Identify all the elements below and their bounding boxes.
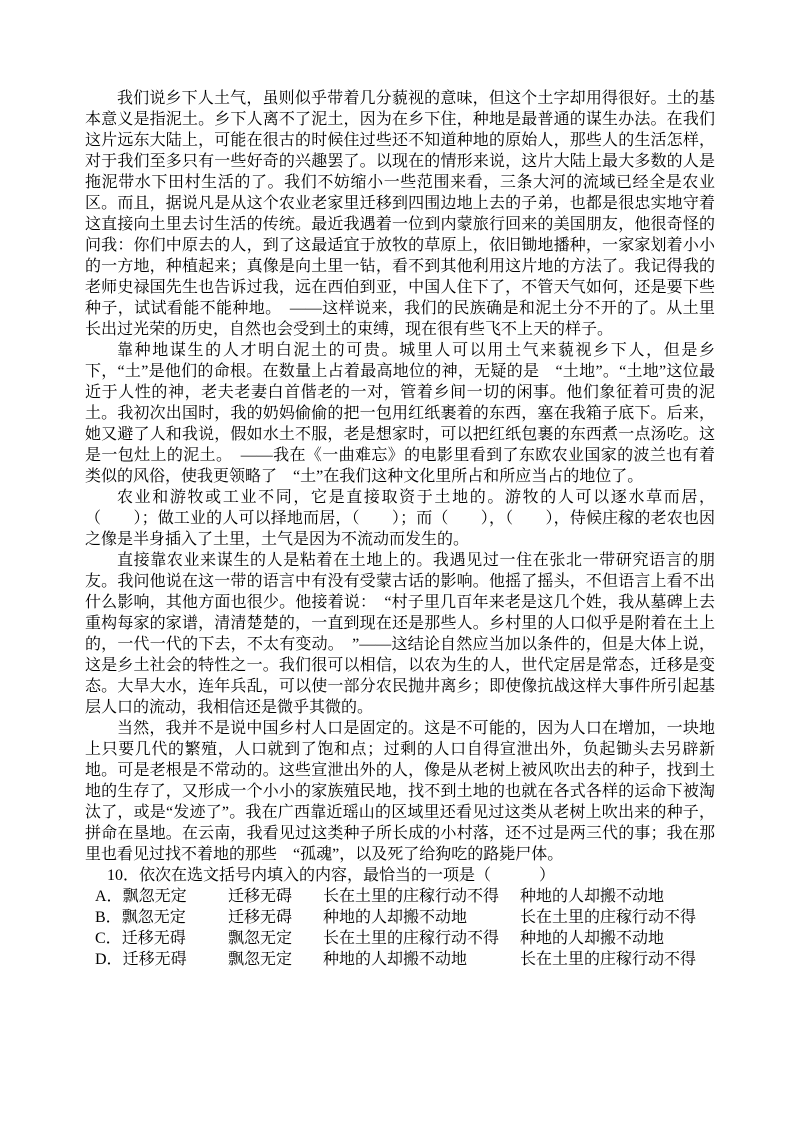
option-a-phrase-1: 飘忽无定 [123, 888, 187, 905]
option-d-phrase-2: 飘忽无定 [228, 949, 323, 970]
option-c-phrase-2: 飘忽无定 [228, 928, 323, 949]
paragraph-4: 直接靠农业来谋生的人是粘着在土地上的。我遇见过一住在张北一带研究语言的朋友。我问… [85, 550, 715, 718]
option-d-phrase-1: 迁移无碍 [123, 951, 187, 968]
option-b-phrase-3: 种地的人却搬不动地 [323, 907, 520, 928]
options-list: A．飘忽无定 迁移无碍 长在土里的庄稼行动不得 种地的人却搬不动地 B．飘忽无定… [95, 886, 715, 970]
option-d-phrase-4: 长在土里的庄稼行动不得 [520, 949, 715, 970]
option-d-col1: D．迁移无碍 [95, 949, 228, 970]
option-b-label: B． [95, 909, 122, 926]
option-row-c: C．迁移无碍 飘忽无定 长在土里的庄稼行动不得 种地的人却搬不动地 [95, 928, 715, 949]
option-b-phrase-2: 迁移无碍 [228, 907, 323, 928]
option-c-phrase-4: 种地的人却搬不动地 [520, 928, 715, 949]
option-row-d: D．迁移无碍 飘忽无定 种地的人却搬不动地 长在土里的庄稼行动不得 [95, 949, 715, 970]
option-c-phrase-3: 长在土里的庄稼行动不得 [323, 928, 520, 949]
option-b-phrase-4: 长在土里的庄稼行动不得 [520, 907, 715, 928]
option-a-phrase-2: 迁移无碍 [228, 886, 323, 907]
option-row-b: B．飘忽无定 迁移无碍 种地的人却搬不动地 长在土里的庄稼行动不得 [95, 907, 715, 928]
question-line: 10．依次在选文括号内填入的内容，最恰当的一项是（ ） [85, 865, 715, 886]
option-a-phrase-3: 长在土里的庄稼行动不得 [323, 886, 520, 907]
question-number: 10． [107, 867, 139, 884]
option-row-a: A．飘忽无定 迁移无碍 长在土里的庄稼行动不得 种地的人却搬不动地 [95, 886, 715, 907]
option-d-phrase-3: 种地的人却搬不动地 [323, 949, 520, 970]
option-a-phrase-4: 种地的人却搬不动地 [520, 886, 715, 907]
option-c-phrase-1: 迁移无碍 [122, 930, 186, 947]
paragraph-1: 我们说乡下人土气，虽则似乎带着几分藐视的意味，但这个土字却用得很好。土的基本意义… [85, 88, 715, 340]
option-d-label: D． [95, 951, 123, 968]
option-c-label: C． [95, 930, 122, 947]
question-text: 依次在选文括号内填入的内容，最恰当的一项是（ ） [139, 867, 555, 884]
option-b-col1: B．飘忽无定 [95, 907, 228, 928]
paragraph-5: 当然，我并不是说中国乡村人口是固定的。这是不可能的，因为人口在增加，一块地上只要… [85, 718, 715, 865]
option-a-col1: A．飘忽无定 [95, 886, 228, 907]
option-c-col1: C．迁移无碍 [95, 928, 228, 949]
passage: 我们说乡下人土气，虽则似乎带着几分藐视的意味，但这个土字却用得很好。土的基本意义… [85, 88, 715, 970]
option-a-label: A． [95, 888, 123, 905]
paragraph-3: 农业和游牧或工业不同，它是直接取资于土地的。游牧的人可以逐水草而居，（ ）；做工… [85, 487, 715, 550]
paragraph-2: 靠种地谋生的人才明白泥土的可贵。城里人可以用土气来藐视乡下人，但是乡下，“土”是… [85, 340, 715, 487]
option-b-phrase-1: 飘忽无定 [122, 909, 186, 926]
document-page: 我们说乡下人土气，虽则似乎带着几分藐视的意味，但这个土字却用得很好。土的基本意义… [0, 0, 794, 1123]
